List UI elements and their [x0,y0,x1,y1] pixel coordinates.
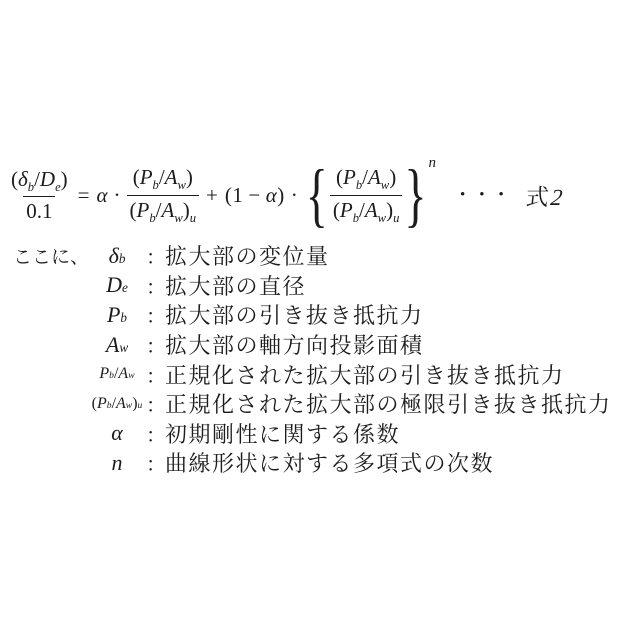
paren: ) [186,165,193,189]
colon: ： [146,419,162,448]
paren: ( [333,198,340,222]
paren: ( [11,167,18,191]
equation-label-shiki: 式 [524,185,550,210]
symbol-Pb-over-Aw: Pb/Aw [88,365,146,383]
symbol-A-w: Aw [88,332,146,358]
var-alpha: α [111,420,123,446]
fraction-numerator: (δb/De) [8,167,71,197]
var-A: A [365,198,378,222]
symbol-D-e: De [88,272,146,298]
definition-row-Pb-Aw: Pb/Aw ： 正規化された拡大部の引き抜き抵抗力 [0,359,640,389]
sub-b: b [119,251,126,267]
fraction-denominator: (Pb/Aw)u [127,195,200,226]
document-page: (δb/De) 0.1 = α · (Pb/Aw) (Pb/Aw)u + (1−… [0,0,640,640]
colon: ： [146,360,162,389]
fraction-numerator: (Pb/Aw) [333,165,399,195]
sub-e: e [122,280,128,296]
var-P: P [137,198,150,222]
definition-row-P-b: Pb ： 拡大部の引き抜き抵抗力 [0,300,640,330]
definitions-list: ここに、 δb ： 拡大部の変位量 De ： 拡大部の直径 Pb ： 拡大部の引… [0,241,640,478]
fraction-resistance-ratio-braced: (Pb/Aw) (Pb/Aw)u [330,165,403,225]
definition-text: 拡大部の変位量 [165,240,330,271]
var-P: P [343,165,356,189]
minus-sign: − [248,183,260,207]
colon: ： [146,448,162,477]
one-minus-alpha: (1−α) [225,183,285,208]
var-P: P [97,395,107,413]
where-label: ここに、 [0,242,88,269]
colon: ： [146,241,162,270]
var-alpha: α [266,183,278,207]
ellipsis-dots: ••• [460,187,518,204]
colon: ： [146,389,162,418]
definition-text: 正規化された拡大部の引き抜き抵抗力 [165,359,565,390]
definition-row-alpha: α ： 初期剛性に関する係数 [0,419,640,449]
paren: ( [130,198,137,222]
definition-row-D-e: De ： 拡大部の直径 [0,271,640,301]
definition-text: 拡大部の直径 [165,270,306,301]
equals-sign: = [78,183,90,208]
paren: ) [61,167,68,191]
fraction-displacement-ratio: (δb/De) 0.1 [8,167,71,224]
definition-text: 正規化された拡大部の極限引き抜き抵抗力 [165,388,612,419]
var-A: A [368,165,381,189]
var-A: A [116,395,126,413]
paren: ) [389,165,396,189]
colon: ： [146,300,162,329]
equation-2: (δb/De) 0.1 = α · (Pb/Aw) (Pb/Aw)u + (1−… [8,154,636,236]
sub-w: w [378,211,386,225]
fraction-denominator: (Pb/Aw)u [330,195,403,226]
colon: ： [146,330,162,359]
sub-u: u [190,211,196,225]
sub-u: u [393,211,399,225]
var-D: D [40,167,55,191]
exponent-n: n [428,155,436,172]
definition-text: 拡大部の軸方向投影面積 [165,329,424,360]
symbol-Pb-over-Aw-ultimate: (Pb/Aw)u [88,395,146,413]
var-P: P [140,165,153,189]
sub-w: w [174,211,182,225]
symbol-delta-b: δb [88,243,146,269]
var-delta: δ [18,167,28,191]
equation-label: 式2 [524,179,564,212]
paren: ) [277,183,285,207]
close-brace: } [404,159,426,230]
var-A: A [106,332,119,358]
var-A: A [165,165,178,189]
var-A: A [162,198,175,222]
fraction-numerator: (Pb/Aw) [130,165,196,195]
equation-label-number: 2 [549,185,563,210]
number-one: 1 [232,183,243,207]
definition-row-delta-b: ここに、 δb ： 拡大部の変位量 [0,241,640,271]
var-P: P [99,365,109,383]
multiply-dot: · [114,183,121,208]
definition-text: 曲線形状に対する多項式の次数 [165,447,494,478]
var-alpha: α [97,183,108,208]
definition-row-A-w: Aw ： 拡大部の軸方向投影面積 [0,330,640,360]
sub-w: w [381,178,389,192]
fraction-resistance-ratio: (Pb/Aw) (Pb/Aw)u [127,165,200,225]
sub-w: w [128,370,134,381]
open-brace: { [306,159,328,230]
paren: ) [183,198,190,222]
var-n: n [112,450,123,476]
definition-text: 拡大部の引き抜き抵抗力 [165,299,424,330]
sub-b: b [120,310,127,326]
fraction-denominator: 0.1 [23,196,55,223]
sub-w: w [177,178,185,192]
definition-text: 初期剛性に関する係数 [165,418,400,449]
symbol-n: n [88,450,146,476]
paren: ) [386,198,393,222]
paren: ( [133,165,140,189]
var-delta: δ [109,243,119,269]
multiply-dot: · [291,183,298,208]
sub-u: u [138,400,143,411]
var-D: D [106,272,122,298]
var-A: A [118,365,128,383]
var-P: P [340,198,353,222]
definition-row-n: n ： 曲線形状に対する多項式の次数 [0,448,640,478]
symbol-P-b: Pb [88,302,146,328]
sub-w: w [119,340,128,356]
var-P: P [107,302,120,328]
paren: ( [336,165,343,189]
definition-row-Pb-Aw-u: (Pb/Aw)u ： 正規化された拡大部の極限引き抜き抵抗力 [0,389,640,419]
plus-sign: + [206,183,218,208]
symbol-alpha: α [88,420,146,446]
colon: ： [146,271,162,300]
